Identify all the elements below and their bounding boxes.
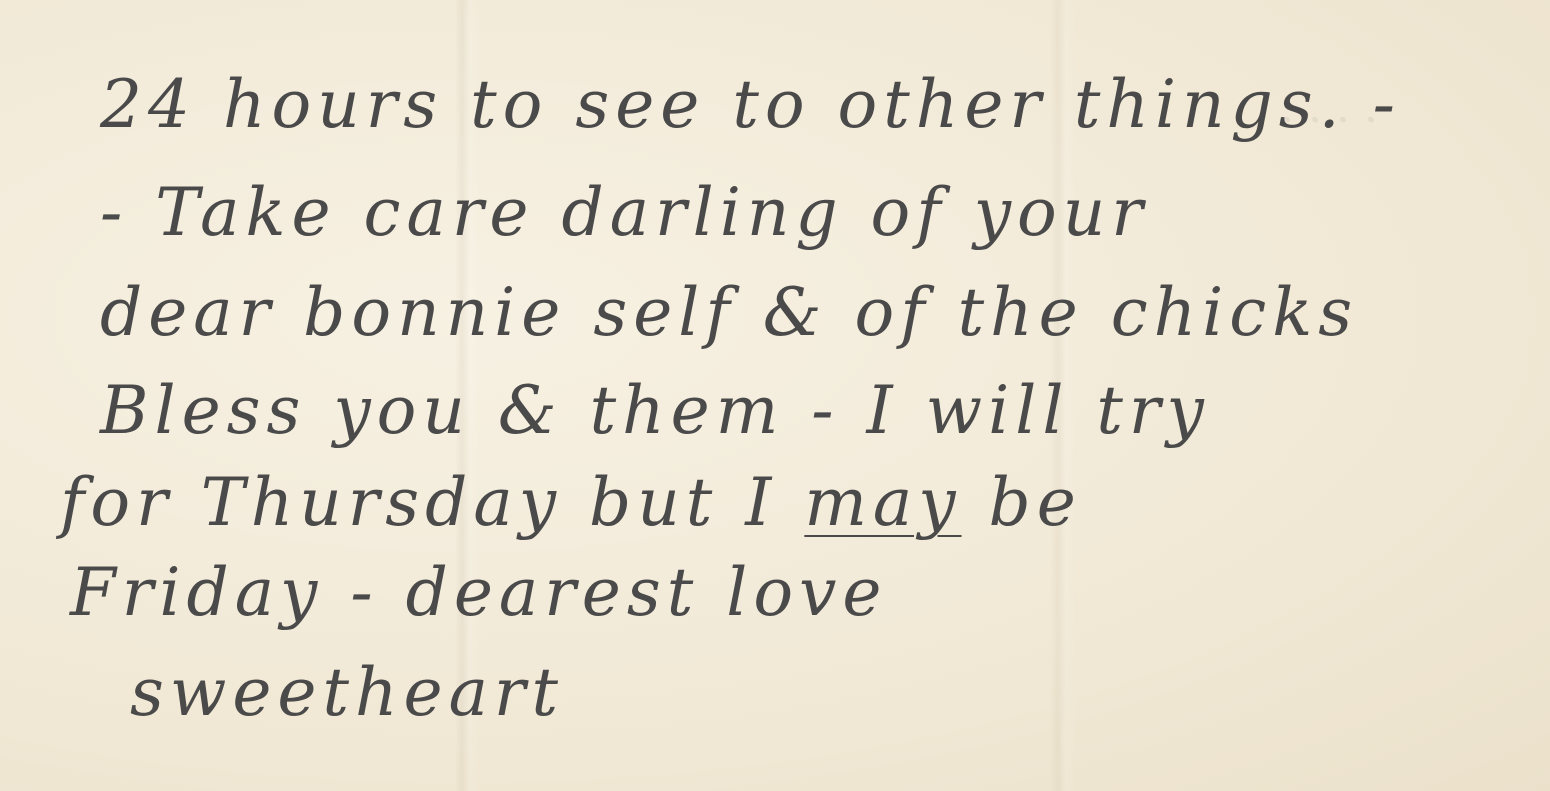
- letter-line-4: Bless you & them - I will try: [100, 378, 1210, 444]
- letter-line-2: - Take care darling of your: [100, 180, 1149, 246]
- line-5-end: be: [962, 464, 1082, 541]
- letter-page: · · · · 24 hours to see to other things.…: [0, 0, 1550, 791]
- letter-line-5: for Thursday but I may be: [60, 470, 1082, 536]
- letter-line-1: 24 hours to see to other things. -: [100, 72, 1401, 138]
- letter-line-7-signoff: sweetheart: [130, 660, 564, 726]
- letter-line-3: dear bonnie self & of the chicks: [100, 280, 1358, 346]
- underlined-word: may: [804, 464, 961, 541]
- line-5-start: for Thursday but I: [60, 464, 804, 541]
- letter-line-6: Friday - dearest love: [70, 560, 887, 626]
